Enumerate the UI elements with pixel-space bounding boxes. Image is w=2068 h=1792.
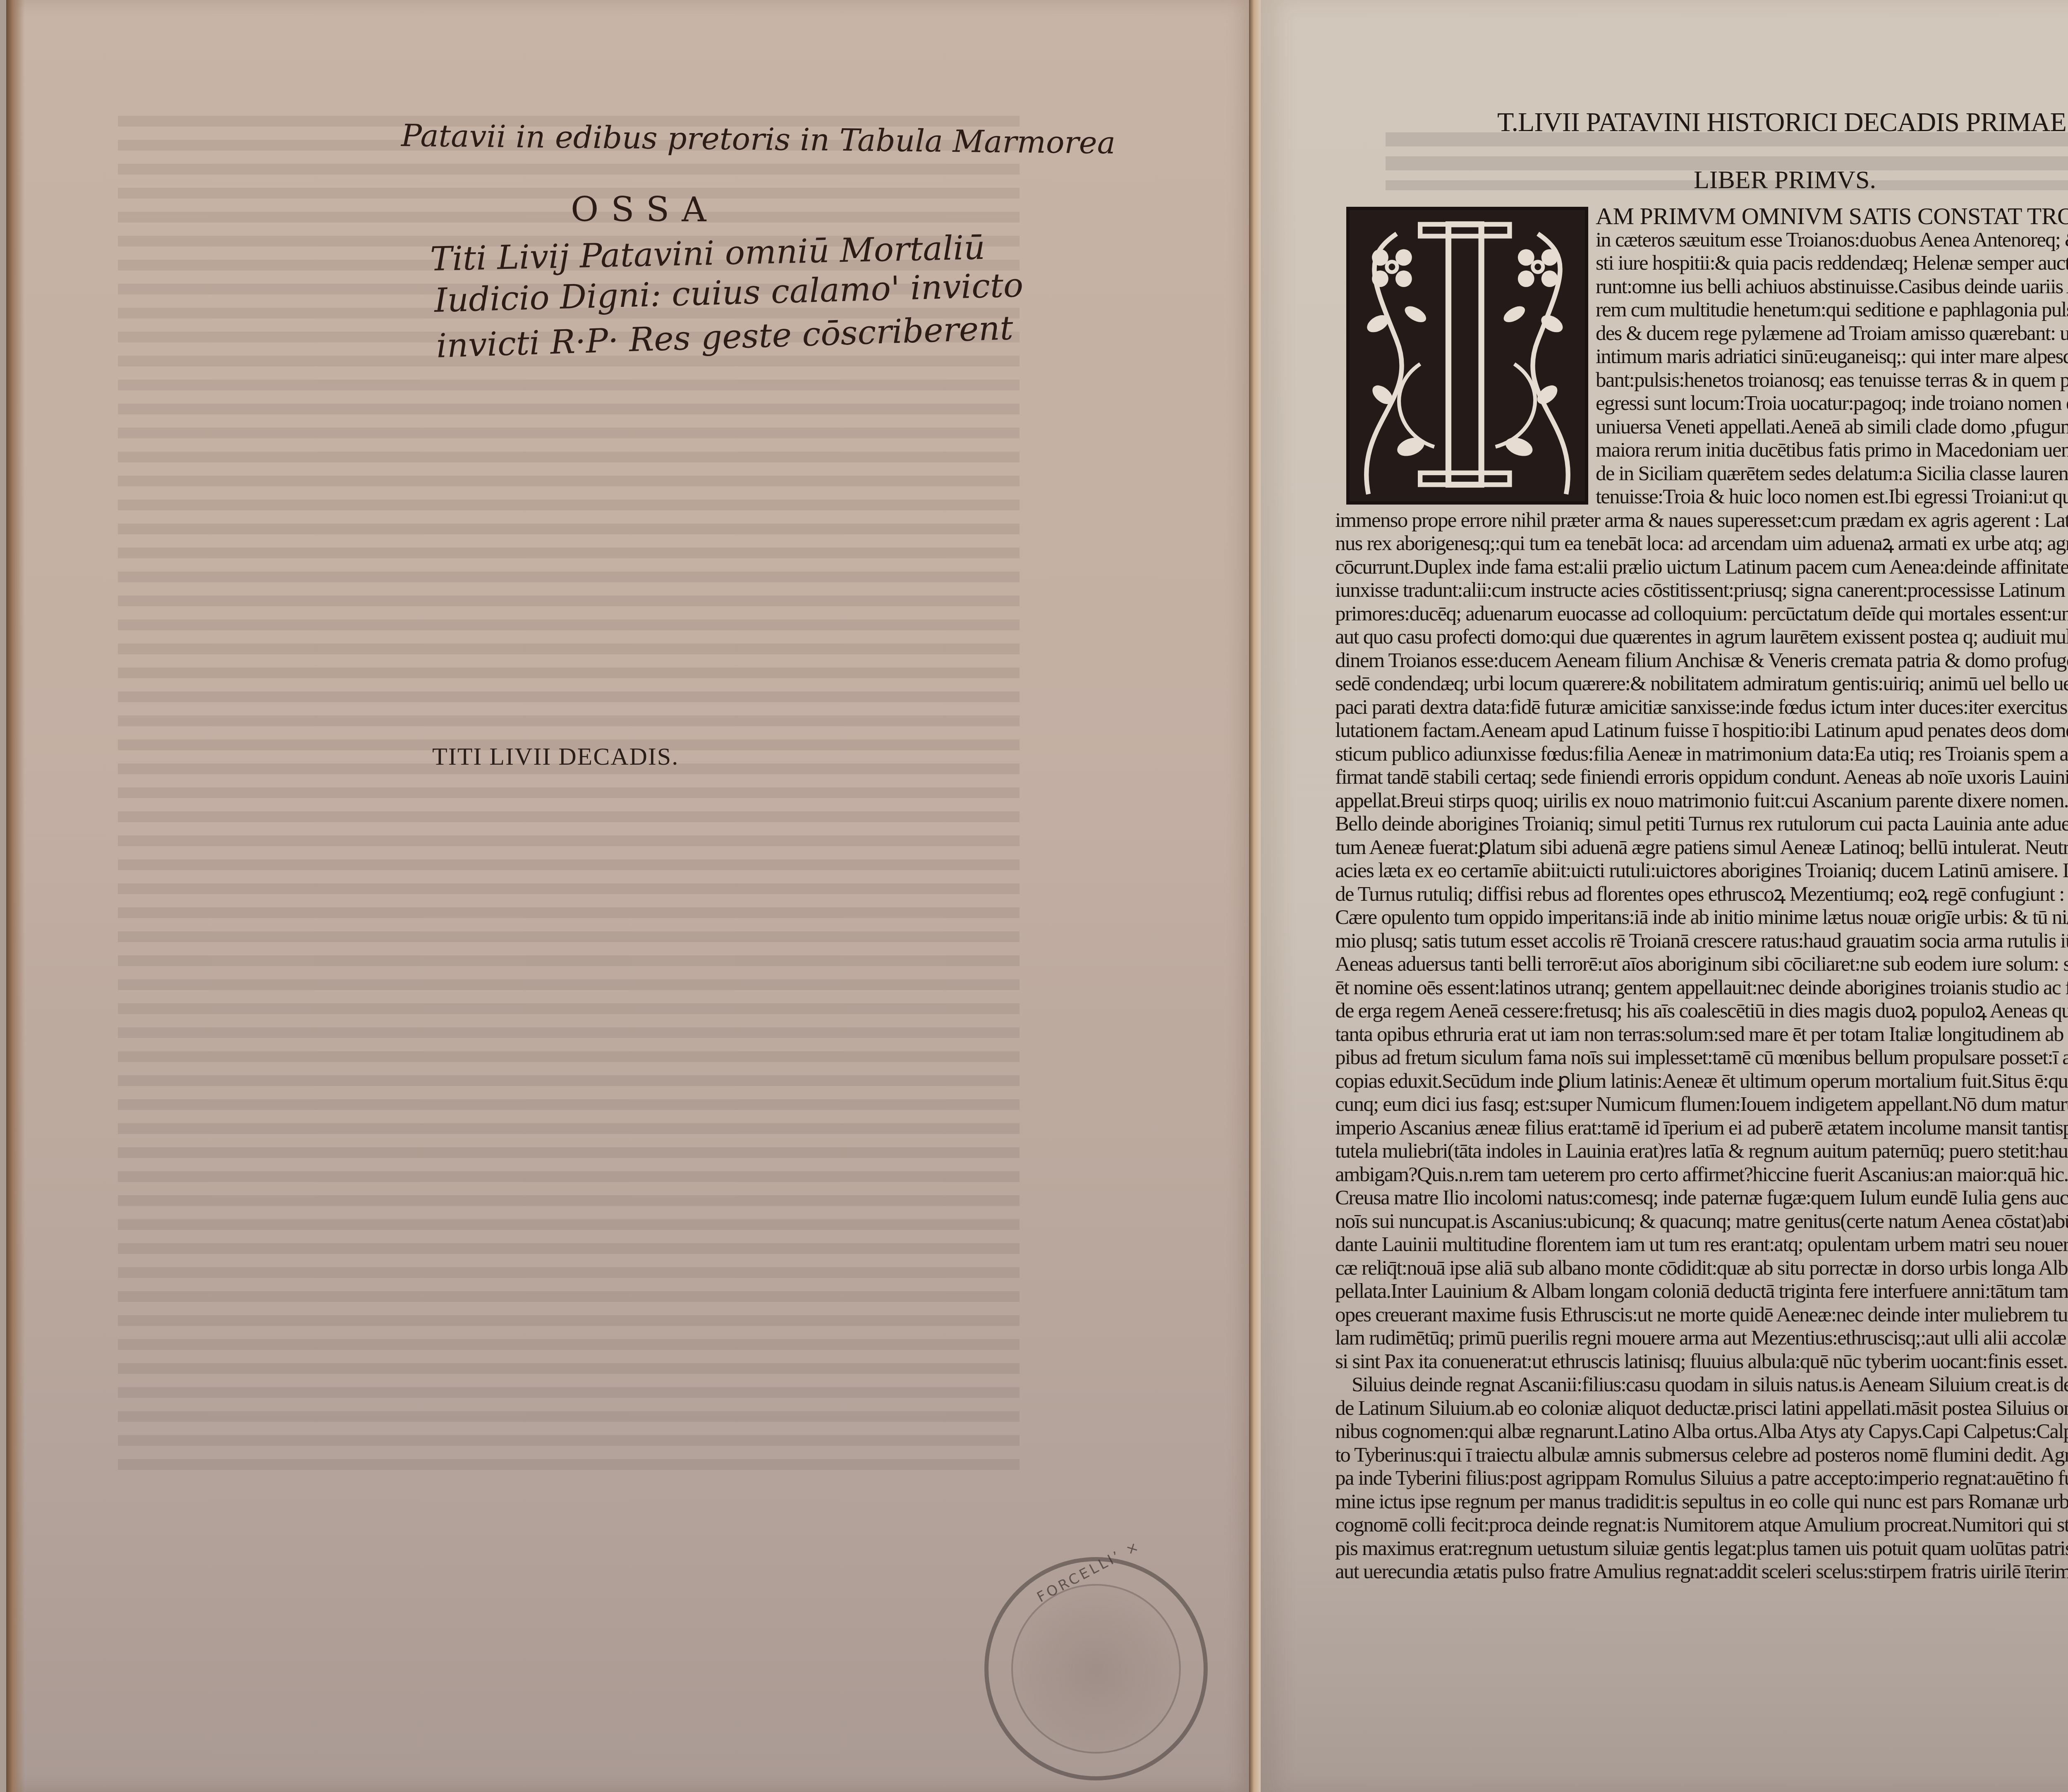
- text-line: maiora rerum initia ducētibus fatis prim…: [1335, 438, 2068, 462]
- library-stamp-icon: FORCELLI’ ×: [984, 1557, 1208, 1780]
- text-line: pa inde Tyberini filius:post agrippam Ro…: [1335, 1467, 2068, 1490]
- text-line: paci parati dextra data:fidē futuræ amic…: [1335, 696, 2068, 719]
- text-line: appellat.Breui stirps quoq; uirilis ex n…: [1335, 789, 2068, 813]
- text-line: iunxisse tradunt:alii:cum instructe acie…: [1335, 579, 2068, 602]
- half-title: TITI LIVII DECADIS.: [432, 742, 679, 771]
- text-line: tum Aeneæ fuerat:ꝑlatum sibi aduenā ægre…: [1335, 836, 2068, 859]
- text-line: tenuisse:Troia & huic loco nomen est.Ibi…: [1335, 485, 2068, 509]
- text-line: des & ducem rege pylæmene ad Troiam amis…: [1335, 322, 2068, 345]
- text-line: sticum publico adiunxisse fœdus:filia Ae…: [1335, 742, 2068, 766]
- text-line: cognomē colli fecit:proca deinde regnat:…: [1335, 1513, 2068, 1537]
- text-line: si sint Pax ita conuenerat:ut ethruscis …: [1335, 1350, 2068, 1373]
- text-line: immenso prope errore nihil præter arma &…: [1335, 509, 2068, 532]
- book-title: LIBER PRIMVS.: [1694, 165, 1876, 195]
- text-line: cōcurrunt.Duplex inde fama est:alii præl…: [1335, 555, 2068, 579]
- text-line: to Tyberinus:qui ī traiectu albulæ amnis…: [1335, 1443, 2068, 1467]
- text-line: lutationem factam.Aeneam apud Latinum fu…: [1335, 719, 2068, 742]
- book-spread: Patavii in edibus pretoris in Tabula Mar…: [0, 0, 2068, 1792]
- body-text-column: AM PRIMVM OMNIVM SATIS CONSTAT TROIA CAP…: [1335, 205, 2068, 1584]
- text-line: tanta opibus ethruria erat ut iam non te…: [1335, 1023, 2068, 1046]
- text-line: nibus cognomen:qui albæ regnarunt.Latino…: [1335, 1420, 2068, 1443]
- text-line: ambigam?Quis.n.rem tam ueterem pro certo…: [1335, 1163, 2068, 1187]
- text-line: bant:pulsis:henetos troianosq; eas tenui…: [1335, 368, 2068, 392]
- text-line: copias eduxit.Secūdum inde ꝑlium latinis…: [1335, 1069, 2068, 1093]
- text-line: nus rex aborigenesq;:qui tum ea tenebāt …: [1335, 532, 2068, 555]
- text-line: sti iure hospitii:& quia pacis reddendæq…: [1335, 251, 2068, 275]
- text-line: ēt nomine oēs essent:latinos utranq; gen…: [1335, 976, 2068, 1000]
- book-gutter: [1249, 0, 1261, 1792]
- text-line: Bello deinde aborigines Troianiq; simul …: [1335, 812, 2068, 836]
- text-line: de Latinum Siluium.ab eo coloniæ aliquot…: [1335, 1397, 2068, 1420]
- text-line: acies læta ex eo certamīe abiit:uicti ru…: [1335, 859, 2068, 883]
- text-line: cæ reliq̄t:nouā ipse aliā sub albano mon…: [1335, 1256, 2068, 1280]
- text-line: de in Siciliam quærētem sedes delatum:a …: [1335, 462, 2068, 486]
- text-line: pis maximus erat:regnum uetustum siluiæ …: [1335, 1537, 2068, 1560]
- text-line: pibus ad fretum siculum fama noīs sui im…: [1335, 1046, 2068, 1069]
- inscription-heading: OSSA: [571, 190, 718, 230]
- text-line: mine ictus ipse regnum per manus tradidi…: [1335, 1490, 2068, 1514]
- text-line: rem cum multitudie henetum:qui seditione…: [1335, 298, 2068, 322]
- text-line-paragraph-start: Siluius deinde regnat Ascanii:filius:cas…: [1335, 1373, 2068, 1397]
- text-line: AM PRIMVM OMNIVM SATIS CONSTAT TROIA CAP…: [1335, 205, 2068, 228]
- text-line: imperio Ascanius æneæ filius erat:tamē i…: [1335, 1116, 2068, 1140]
- text-line: egressi sunt locum:Troia uocatur:pagoq; …: [1335, 392, 2068, 415]
- text-line: Cære opulento tum oppido imperitans:iā i…: [1335, 906, 2068, 929]
- text-line: aut quo casu profecti domo:qui due quære…: [1335, 625, 2068, 649]
- text-line: Creusa matre Ilio incolomi natus:comesq;…: [1335, 1186, 2068, 1210]
- text-line: aut uerecundia ætatis pulso fratre Amuli…: [1335, 1560, 2068, 1584]
- text-line: Aeneas aduersus tanti belli terrorē:ut a…: [1335, 952, 2068, 976]
- text-line: opes creuerant maxime fusis Ethruscis:ut…: [1335, 1303, 2068, 1327]
- inscription-line-location: Patavii in edibus pretoris in Tabula Mar…: [401, 118, 1116, 161]
- text-line: in cæteros sæuitum esse Troianos:duobus …: [1335, 228, 2068, 252]
- text-line: mio plusq; satis tutum esset accolis rē …: [1335, 929, 2068, 953]
- text-line: dante Lauinii multitudine florentem iam …: [1335, 1233, 2068, 1256]
- text-line: tutela muliebri(tāta indoles in Lauinia …: [1335, 1139, 2068, 1163]
- text-line: firmat tandē stabili certaq; sede finien…: [1335, 766, 2068, 789]
- text-line: sedē condendæq; urbi locum quærere:& nob…: [1335, 672, 2068, 696]
- running-head: T.LIVII PATAVINI HISTORICI DECADIS PRIMA…: [1497, 107, 2068, 138]
- text-line: lam rudimētūq; primū puerilis regni moue…: [1335, 1326, 2068, 1350]
- text-line: de erga regem Aeneā cessere:fretusq; his…: [1335, 999, 2068, 1023]
- text-line: intimum maris adriatici sinū:euganeisq;:…: [1335, 345, 2068, 368]
- text-line: noīs sui nuncupat.is Ascanius:ubicunq; &…: [1335, 1210, 2068, 1233]
- text-line: dinem Troianos esse:ducem Aeneam filium …: [1335, 649, 2068, 672]
- text-line: cunq; eum dici ius fasq; est:super Numic…: [1335, 1093, 2068, 1116]
- text-line: de Turnus rutuliq; diffisi rebus ad flor…: [1335, 883, 2068, 906]
- text-line: runt:omne ius belli achiuos abstinuisse.…: [1335, 275, 2068, 299]
- text-line: pellata.Inter Lauinium & Albam longam co…: [1335, 1280, 2068, 1303]
- text-line: uniuersa Veneti appellati.Aeneā ab simil…: [1335, 415, 2068, 439]
- text-line: primores:ducēq; aduenarum euocasse ad co…: [1335, 602, 2068, 626]
